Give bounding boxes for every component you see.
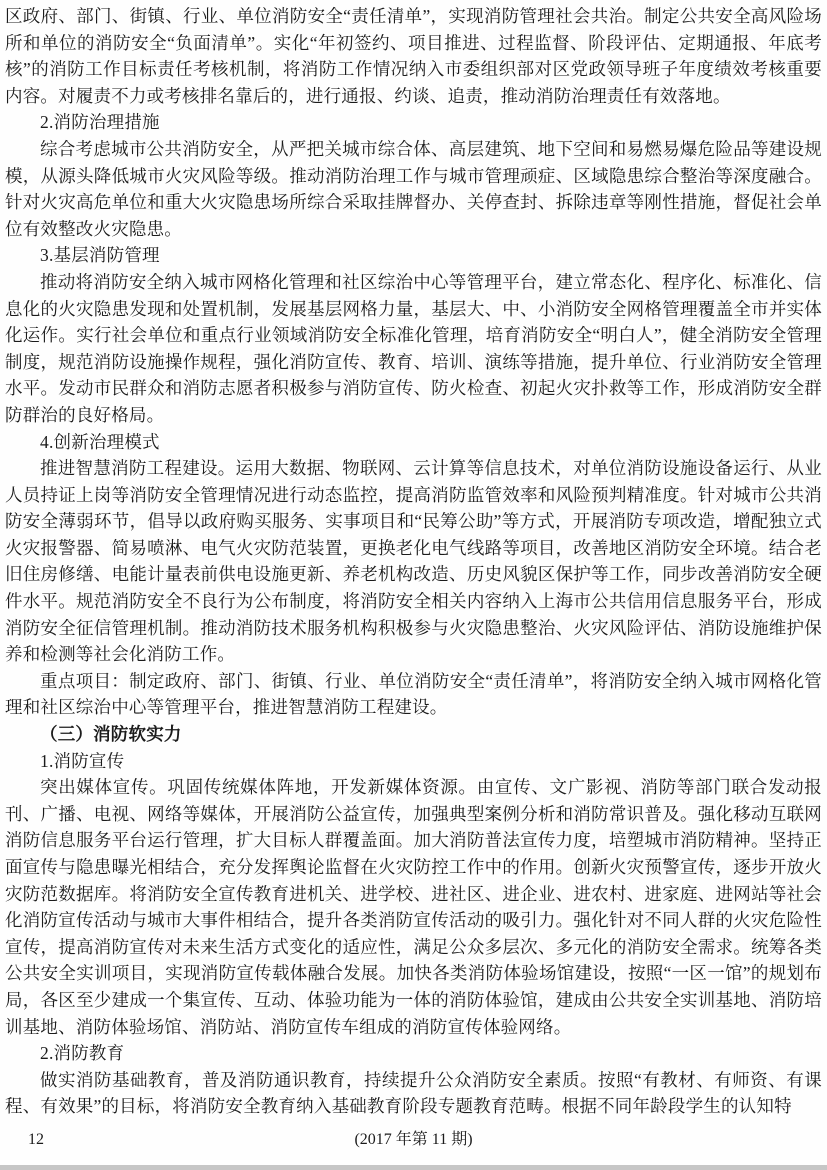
issue-label: (2017 年第 11 期) xyxy=(0,1126,827,1154)
heading-governance-measures: 2.消防治理措施 xyxy=(5,109,822,136)
page-number: 12 xyxy=(28,1126,44,1154)
paragraph-key-projects: 重点项目：制定政府、部门、街镇、行业、单位消防安全“责任清单”，将消防安全纳入城… xyxy=(5,668,822,721)
paragraph-governance-measures: 综合考虑城市公共消防安全，从严把关城市综合体、高层建筑、地下空间和易燃易爆危险品… xyxy=(5,136,822,242)
page-footer: 12 (2017 年第 11 期) xyxy=(0,1126,827,1154)
paragraph-fire-education: 做实消防基础教育，普及消防通识教育，持续提升公众消防安全素质。按照“有教材、有师… xyxy=(5,1067,822,1120)
heading-grassroots-management: 3.基层消防管理 xyxy=(5,242,822,269)
heading-innovation-mode: 4.创新治理模式 xyxy=(5,429,822,456)
paragraph-continued: 区政府、部门、街镇、行业、单位消防安全“责任清单”，实现消防管理社会共治。制定公… xyxy=(5,3,822,109)
paragraph-innovation-mode: 推进智慧消防工程建设。运用大数据、物联网、云计算等信息技术，对单位消防设施设备运… xyxy=(5,455,822,668)
heading-fire-education: 2.消防教育 xyxy=(5,1040,822,1067)
document-content: 区政府、部门、街镇、行业、单位消防安全“责任清单”，实现消防管理社会共治。制定公… xyxy=(0,0,827,1120)
heading-fire-publicity: 1.消防宣传 xyxy=(5,748,822,775)
section-heading-soft-power: （三）消防软实力 xyxy=(5,721,822,748)
paragraph-grassroots-management: 推动将消防安全纳入城市网格化管理和社区综治中心等管理平台，建立常态化、程序化、标… xyxy=(5,269,822,429)
page-bottom-edge xyxy=(0,1165,827,1170)
document-page: 区政府、部门、街镇、行业、单位消防安全“责任清单”，实现消防管理社会共治。制定公… xyxy=(0,0,827,1170)
paragraph-fire-publicity: 突出媒体宣传。巩固传统媒体阵地，开发新媒体资源。由宣传、文广影视、消防等部门联合… xyxy=(5,774,822,1040)
